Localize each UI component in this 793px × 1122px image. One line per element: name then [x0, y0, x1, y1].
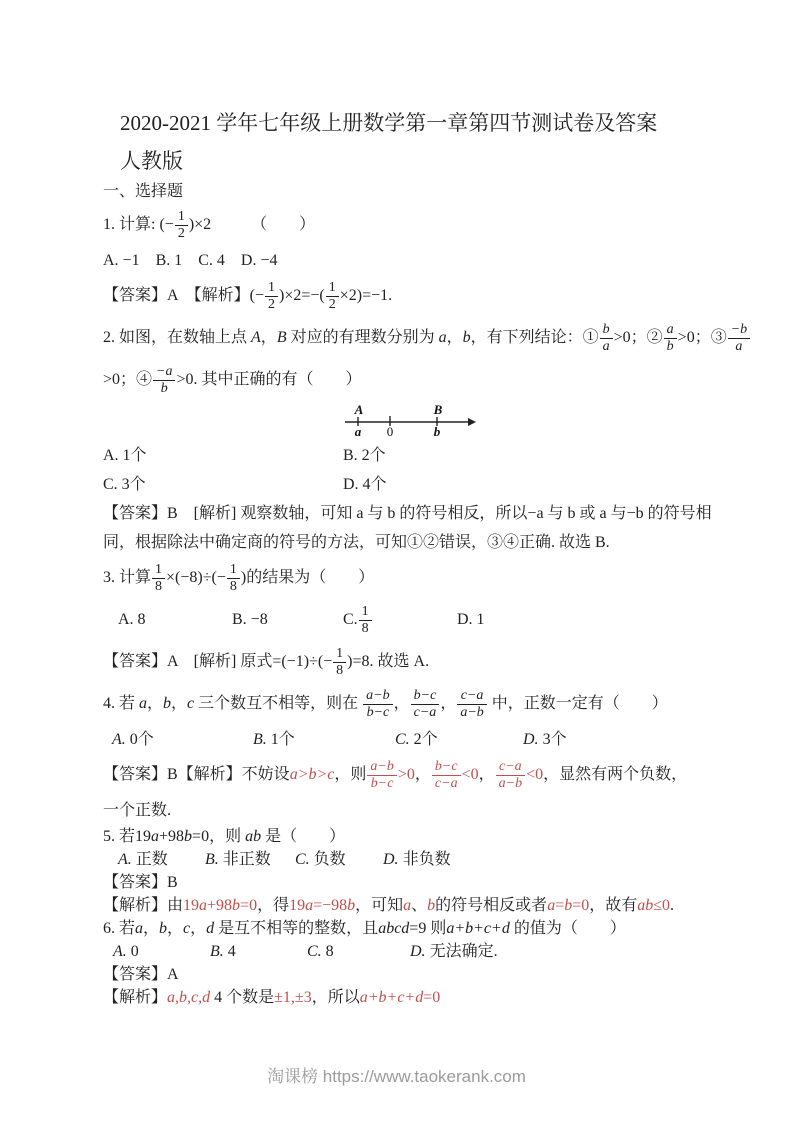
fraction-numerator: 1 — [265, 280, 278, 297]
fraction-numerator: c−a — [457, 688, 486, 705]
text-run: 【解析】 — [103, 989, 167, 1006]
text-run: =0 — [572, 897, 589, 914]
text-run: ，则 — [334, 766, 366, 783]
option-column: C. 2个 — [395, 725, 438, 754]
fraction-numerator: a — [664, 322, 677, 339]
text-run: ±1,±3 — [274, 989, 312, 1006]
q4-answer-line1: 【答案】B【解析】不妨设a>b>c，则a−bb−c>0，b−cc−a<0，c−a… — [103, 754, 723, 796]
fraction-numerator: −a — [153, 364, 175, 381]
text-run: B. −8 — [232, 611, 268, 628]
text-run: ，所以 — [312, 989, 360, 1006]
fraction: ab — [663, 322, 678, 355]
text-run: =0，则 — [192, 828, 245, 845]
text-run: 1. 计算: (− — [103, 216, 174, 233]
option-column: B. 1个 — [253, 725, 295, 754]
option-column: D. 4个 — [343, 470, 387, 499]
q6-analysis: 【解析】a,b,c,d 4 个数是±1,±3，所以a+b+c+d=0 — [103, 986, 723, 1009]
fraction: c−aa−b — [456, 688, 487, 721]
fraction: 12 — [264, 280, 279, 313]
text-run: C. — [395, 731, 410, 748]
option-column: B. −8 — [232, 599, 268, 641]
text-run: >0；③ — [678, 329, 727, 346]
text-run: 【解析】由 — [103, 897, 183, 914]
text-run: ， — [190, 920, 206, 937]
fraction-numerator: 1 — [175, 209, 188, 226]
text-run: 是互不相等的整数，且 — [214, 920, 378, 937]
fraction-numerator: 1 — [333, 646, 346, 663]
option-column: D. 无法确定. — [410, 940, 498, 963]
text-run: 2. 如图，在数轴上点 — [103, 329, 251, 346]
text-run: abcd — [378, 920, 409, 937]
option-column: A. 1个 — [103, 441, 147, 470]
text-run: 3个 — [539, 731, 567, 748]
text-run: <0 — [526, 766, 543, 783]
text-run: 三个数互不相等，则在 — [194, 695, 362, 712]
text-run: A. — [118, 851, 132, 868]
text-run: B — [277, 329, 287, 346]
number-line-svg: A B a 0 b — [345, 401, 477, 439]
text-run: b — [184, 828, 192, 845]
option-column: B. 2个 — [343, 441, 386, 470]
text-run: ，故有 — [589, 897, 637, 914]
text-run: 【答案】B — [103, 874, 178, 891]
text-run: b — [159, 920, 167, 937]
text-run: 正数 — [132, 851, 168, 868]
q4-options: A. 0个B. 1个C. 2个D. 3个 — [103, 725, 723, 754]
text-run: 0个 — [126, 731, 154, 748]
text-run: D. — [410, 943, 426, 960]
text-run: B. — [210, 943, 224, 960]
text-run: b — [463, 329, 471, 346]
text-run: A. 1个 — [103, 447, 147, 464]
text-run: )×2 （ ） — [189, 216, 315, 233]
fraction: −ba — [727, 322, 751, 355]
q3-options: A. 8B. −8C.18D. 1 — [103, 599, 723, 641]
fraction-numerator: 1 — [227, 562, 240, 579]
fraction-denominator: b — [664, 339, 677, 355]
text-run: 一个正数. — [103, 802, 171, 819]
text-run: <0 — [462, 766, 479, 783]
q2-options-ab: A. 1个B. 2个 — [103, 441, 723, 470]
text-run: 3. 计算 — [103, 569, 151, 586]
number-line-figure: A B a 0 b — [345, 401, 477, 444]
q1-options: A. −1 B. 1 C. 4 D. −4 — [103, 246, 723, 275]
fraction-denominator: 8 — [359, 621, 372, 637]
text-run: ab — [637, 897, 653, 914]
text-run: >0；② — [614, 329, 663, 346]
text-run: a — [403, 897, 411, 914]
fraction: c−aa−b — [495, 759, 526, 792]
q5-answer: 【答案】B — [103, 871, 723, 894]
fraction-denominator: 2 — [175, 226, 188, 242]
fraction: 12 — [174, 209, 189, 242]
fraction-denominator: 8 — [333, 663, 346, 679]
footer-watermark: 淘课榜 https://www.taokerank.com — [0, 1062, 793, 1087]
q2-options-cd: C. 3个D. 4个 — [103, 470, 723, 499]
option-column: C. 负数 — [295, 848, 346, 871]
fraction-numerator: a−b — [367, 759, 396, 776]
text-run: 6. 若 — [103, 920, 135, 937]
text-run: A. — [112, 731, 126, 748]
text-run: a — [305, 897, 313, 914]
q2-stem-line1: 2. 如图，在数轴上点 A，B 对应的有理数分别为 a，b，有下列结论：①ba>… — [103, 317, 723, 359]
axis-arrow-icon — [468, 418, 476, 426]
q2-stem-line2: >0；④−ab>0. 其中正确的有（ ） — [103, 359, 723, 401]
fraction: a−bb−c — [366, 759, 397, 792]
text-run: ， — [147, 695, 163, 712]
fraction-numerator: b−c — [432, 759, 461, 776]
fraction-denominator: 8 — [152, 579, 165, 595]
text-run: a — [151, 828, 159, 845]
text-run: ab — [245, 828, 261, 845]
text-run: B. — [205, 851, 219, 868]
text-run: a — [547, 897, 555, 914]
text-run: b — [163, 695, 171, 712]
text-run: 同，根据除法中确定商的符号的方法，可知①②错误，③④正确. 故选 B. — [103, 534, 610, 551]
document-body: 2020-2021 学年七年级上册数学第一章第四节测试卷及答案 人教版 一、选择… — [103, 104, 723, 1009]
text-run: B. 2个 — [343, 447, 386, 464]
option-column: B. 非正数 — [205, 848, 271, 871]
option-column: C.18 — [343, 599, 373, 641]
question-list: 1. 计算: (−12)×2 （ ）A. −1 B. 1 C. 4 D. −4【… — [103, 204, 723, 1009]
fraction-denominator: 2 — [326, 297, 339, 313]
fraction-denominator: 8 — [227, 579, 240, 595]
text-run: ×(−8)÷(− — [166, 569, 226, 586]
fraction-denominator: a−b — [496, 776, 525, 792]
text-run: =0 — [423, 989, 440, 1006]
text-run: a — [135, 920, 143, 937]
text-run: ，得 — [257, 897, 289, 914]
q5-stem: 5. 若19a+98b=0，则 ab 是（ ） — [103, 825, 723, 848]
text-run: 、 — [411, 897, 427, 914]
fraction-denominator: b — [153, 381, 175, 397]
text-run: A. 8 — [118, 611, 146, 628]
fraction: 18 — [358, 604, 373, 637]
text-run: +98 — [207, 897, 232, 914]
text-run: ， — [415, 766, 431, 783]
text-run: . — [670, 897, 674, 914]
document-page: 2020-2021 学年七年级上册数学第一章第四节测试卷及答案 人教版 一、选择… — [0, 0, 793, 1122]
text-run: a>b>c — [290, 766, 335, 783]
text-run: a — [199, 897, 207, 914]
fraction-numerator: 1 — [359, 604, 372, 621]
text-run: 中，正数一定有（ ） — [488, 695, 668, 712]
text-run: )=8. 故选 A. — [347, 653, 429, 670]
section-heading: 一、选择题 — [103, 180, 723, 204]
fraction-denominator: a — [600, 339, 613, 355]
fraction-denominator: c−a — [432, 776, 461, 792]
text-run: 0 — [127, 943, 139, 960]
document-title-line2: 人教版 — [120, 142, 723, 180]
point-b-label: B — [433, 402, 443, 417]
text-run: ×2)=−1. — [340, 287, 392, 304]
q5-analysis: 【解析】由19a+98b=0，得19a=−98b，可知a、b的符号相反或者a=b… — [103, 894, 723, 917]
text-run: ，显然有两个负数， — [543, 766, 687, 783]
text-run: a+b+c+d — [446, 920, 510, 937]
text-run: ≤0 — [653, 897, 670, 914]
text-run: D. 4个 — [343, 476, 387, 493]
q2-answer-line1: 【答案】B [解析] 观察数轴，可知 a 与 b 的符号相反，所以−a 与 b … — [103, 499, 723, 528]
text-run: 19 — [183, 897, 199, 914]
fraction: 12 — [325, 280, 340, 313]
option-column: D. 3个 — [523, 725, 567, 754]
text-run: 4 — [224, 943, 236, 960]
text-run: C. — [343, 611, 358, 628]
text-run: 1个 — [267, 731, 295, 748]
fraction-denominator: c−a — [411, 705, 440, 721]
text-run: a — [139, 695, 147, 712]
text-run: =−98 — [313, 897, 347, 914]
q1-stem: 1. 计算: (−12)×2 （ ） — [103, 204, 723, 246]
fraction-numerator: b−c — [411, 688, 440, 705]
fraction: −ab — [152, 364, 176, 397]
option-column: C. 8 — [307, 940, 334, 963]
text-run: 无法确定. — [426, 943, 498, 960]
text-run: D. — [383, 851, 399, 868]
text-run: +98 — [159, 828, 184, 845]
text-run: b — [347, 897, 355, 914]
fraction-denominator: b−c — [363, 705, 392, 721]
text-run: )×2=−( — [279, 287, 325, 304]
text-run: b — [232, 897, 240, 914]
text-run: 【答案】A [解析] 原式=(−1)÷(− — [103, 653, 332, 670]
text-run: =0 — [240, 897, 257, 914]
text-run: D. 1 — [457, 611, 485, 628]
fraction-numerator: −b — [728, 322, 750, 339]
q1-answer: 【答案】A 【解析】(−12)×2=−(12×2)=−1. — [103, 275, 723, 317]
text-run: d — [206, 920, 214, 937]
fraction-denominator: 2 — [265, 297, 278, 313]
fraction-numerator: 1 — [152, 562, 165, 579]
q2-answer-line2: 同，根据除法中确定商的符号的方法，可知①②错误，③④正确. 故选 B. — [103, 528, 723, 557]
text-run: ， — [440, 695, 456, 712]
option-column: A. 8 — [118, 599, 146, 641]
q6-answer: 【答案】A — [103, 963, 723, 986]
text-run: A. — [113, 943, 127, 960]
option-column: A. 0个 — [112, 725, 154, 754]
text-run: C. 3个 — [103, 476, 146, 493]
text-run: 4. 若 — [103, 695, 139, 712]
option-column: D. 非负数 — [383, 848, 451, 871]
fraction-numerator: c−a — [496, 759, 525, 776]
fraction-numerator: 1 — [326, 280, 339, 297]
text-run: a,b,c,d — [167, 989, 210, 1006]
text-run: 19 — [289, 897, 305, 914]
text-run: = — [555, 897, 564, 914]
q6-options: A. 0B. 4C. 8D. 无法确定. — [103, 940, 723, 963]
text-run: 【答案】A — [103, 966, 179, 983]
text-run: ， — [479, 766, 495, 783]
text-run: ， — [143, 920, 159, 937]
text-run: )的结果为（ ） — [241, 569, 374, 586]
text-run: 2个 — [410, 731, 438, 748]
text-run: C. — [295, 851, 310, 868]
option-column: D. 1 — [457, 599, 485, 641]
text-run: 对应的有理数分别为 — [287, 329, 439, 346]
fraction-numerator: a−b — [363, 688, 392, 705]
option-column: C. 3个 — [103, 470, 146, 499]
text-run: 非负数 — [399, 851, 451, 868]
text-run: A — [251, 329, 261, 346]
text-run: >0 — [398, 766, 415, 783]
q4-answer-line2: 一个正数. — [103, 796, 723, 825]
text-run: ， — [171, 695, 187, 712]
fraction-denominator: b−c — [367, 776, 396, 792]
option-column: A. 正数 — [118, 848, 168, 871]
text-run: a+b+c+d — [360, 989, 424, 1006]
q2-figure-line: A B a 0 b — [103, 401, 723, 441]
q5-options: A. 正数B. 非正数C. 负数D. 非负数 — [103, 848, 723, 871]
q3-answer: 【答案】A [解析] 原式=(−1)÷(−18)=8. 故选 A. — [103, 641, 723, 683]
text-run: 是（ ） — [261, 828, 345, 845]
text-run: ， — [167, 920, 183, 937]
fraction: ba — [599, 322, 614, 355]
fraction-numerator: b — [600, 322, 613, 339]
fraction: b−cc−a — [410, 688, 441, 721]
text-run: 8 — [322, 943, 334, 960]
fraction: 18 — [332, 646, 347, 679]
text-run: 4 个数是 — [210, 989, 274, 1006]
text-run: ， — [447, 329, 463, 346]
q3-stem: 3. 计算18×(−8)÷(−18)的结果为（ ） — [103, 557, 723, 599]
option-column: A. 0 — [113, 940, 139, 963]
text-run: b — [427, 897, 435, 914]
text-run: ，有下列结论：① — [471, 329, 599, 346]
text-run: 【答案】A 【解析】(− — [103, 287, 264, 304]
text-run: D. — [523, 731, 539, 748]
text-run: ， — [394, 695, 410, 712]
q4-stem: 4. 若 a，b，c 三个数互不相等，则在 a−bb−c，b−cc−a，c−aa… — [103, 683, 723, 725]
coord-b-label: b — [434, 424, 441, 439]
text-run: 【答案】B【解析】不妨设 — [103, 766, 290, 783]
fraction: b−cc−a — [431, 759, 462, 792]
text-run: a — [439, 329, 447, 346]
text-run: 【答案】B [解析] 观察数轴，可知 a 与 b 的符号相反，所以−a 与 b … — [103, 505, 712, 522]
q6-stem: 6. 若a，b，c，d 是互不相等的整数，且abcd=9 则a+b+c+d 的值… — [103, 917, 723, 940]
fraction: 18 — [151, 562, 166, 595]
text-run: >0. 其中正确的有（ ） — [176, 371, 361, 388]
text-run: =9 则 — [409, 920, 446, 937]
option-column: B. 4 — [210, 940, 236, 963]
text-run: 负数 — [310, 851, 346, 868]
fraction: a−bb−c — [362, 688, 393, 721]
point-a-label: A — [354, 402, 364, 417]
text-run: ，可知 — [355, 897, 403, 914]
text-run: 的符号相反或者 — [435, 897, 547, 914]
text-run: 的值为（ ） — [510, 920, 626, 937]
text-run: C. — [307, 943, 322, 960]
text-run: 5. 若19 — [103, 828, 151, 845]
text-run: ， — [261, 329, 277, 346]
text-run: B. — [253, 731, 267, 748]
text-run: 非正数 — [219, 851, 271, 868]
text-run: >0；④ — [103, 371, 152, 388]
coord-a-label: a — [355, 424, 362, 439]
fraction-denominator: a — [728, 339, 750, 355]
document-title-line1: 2020-2021 学年七年级上册数学第一章第四节测试卷及答案 — [120, 104, 723, 142]
origin-label: 0 — [387, 424, 394, 439]
fraction-denominator: a−b — [457, 705, 486, 721]
text-run: A. −1 B. 1 C. 4 D. −4 — [103, 252, 278, 269]
fraction: 18 — [226, 562, 241, 595]
